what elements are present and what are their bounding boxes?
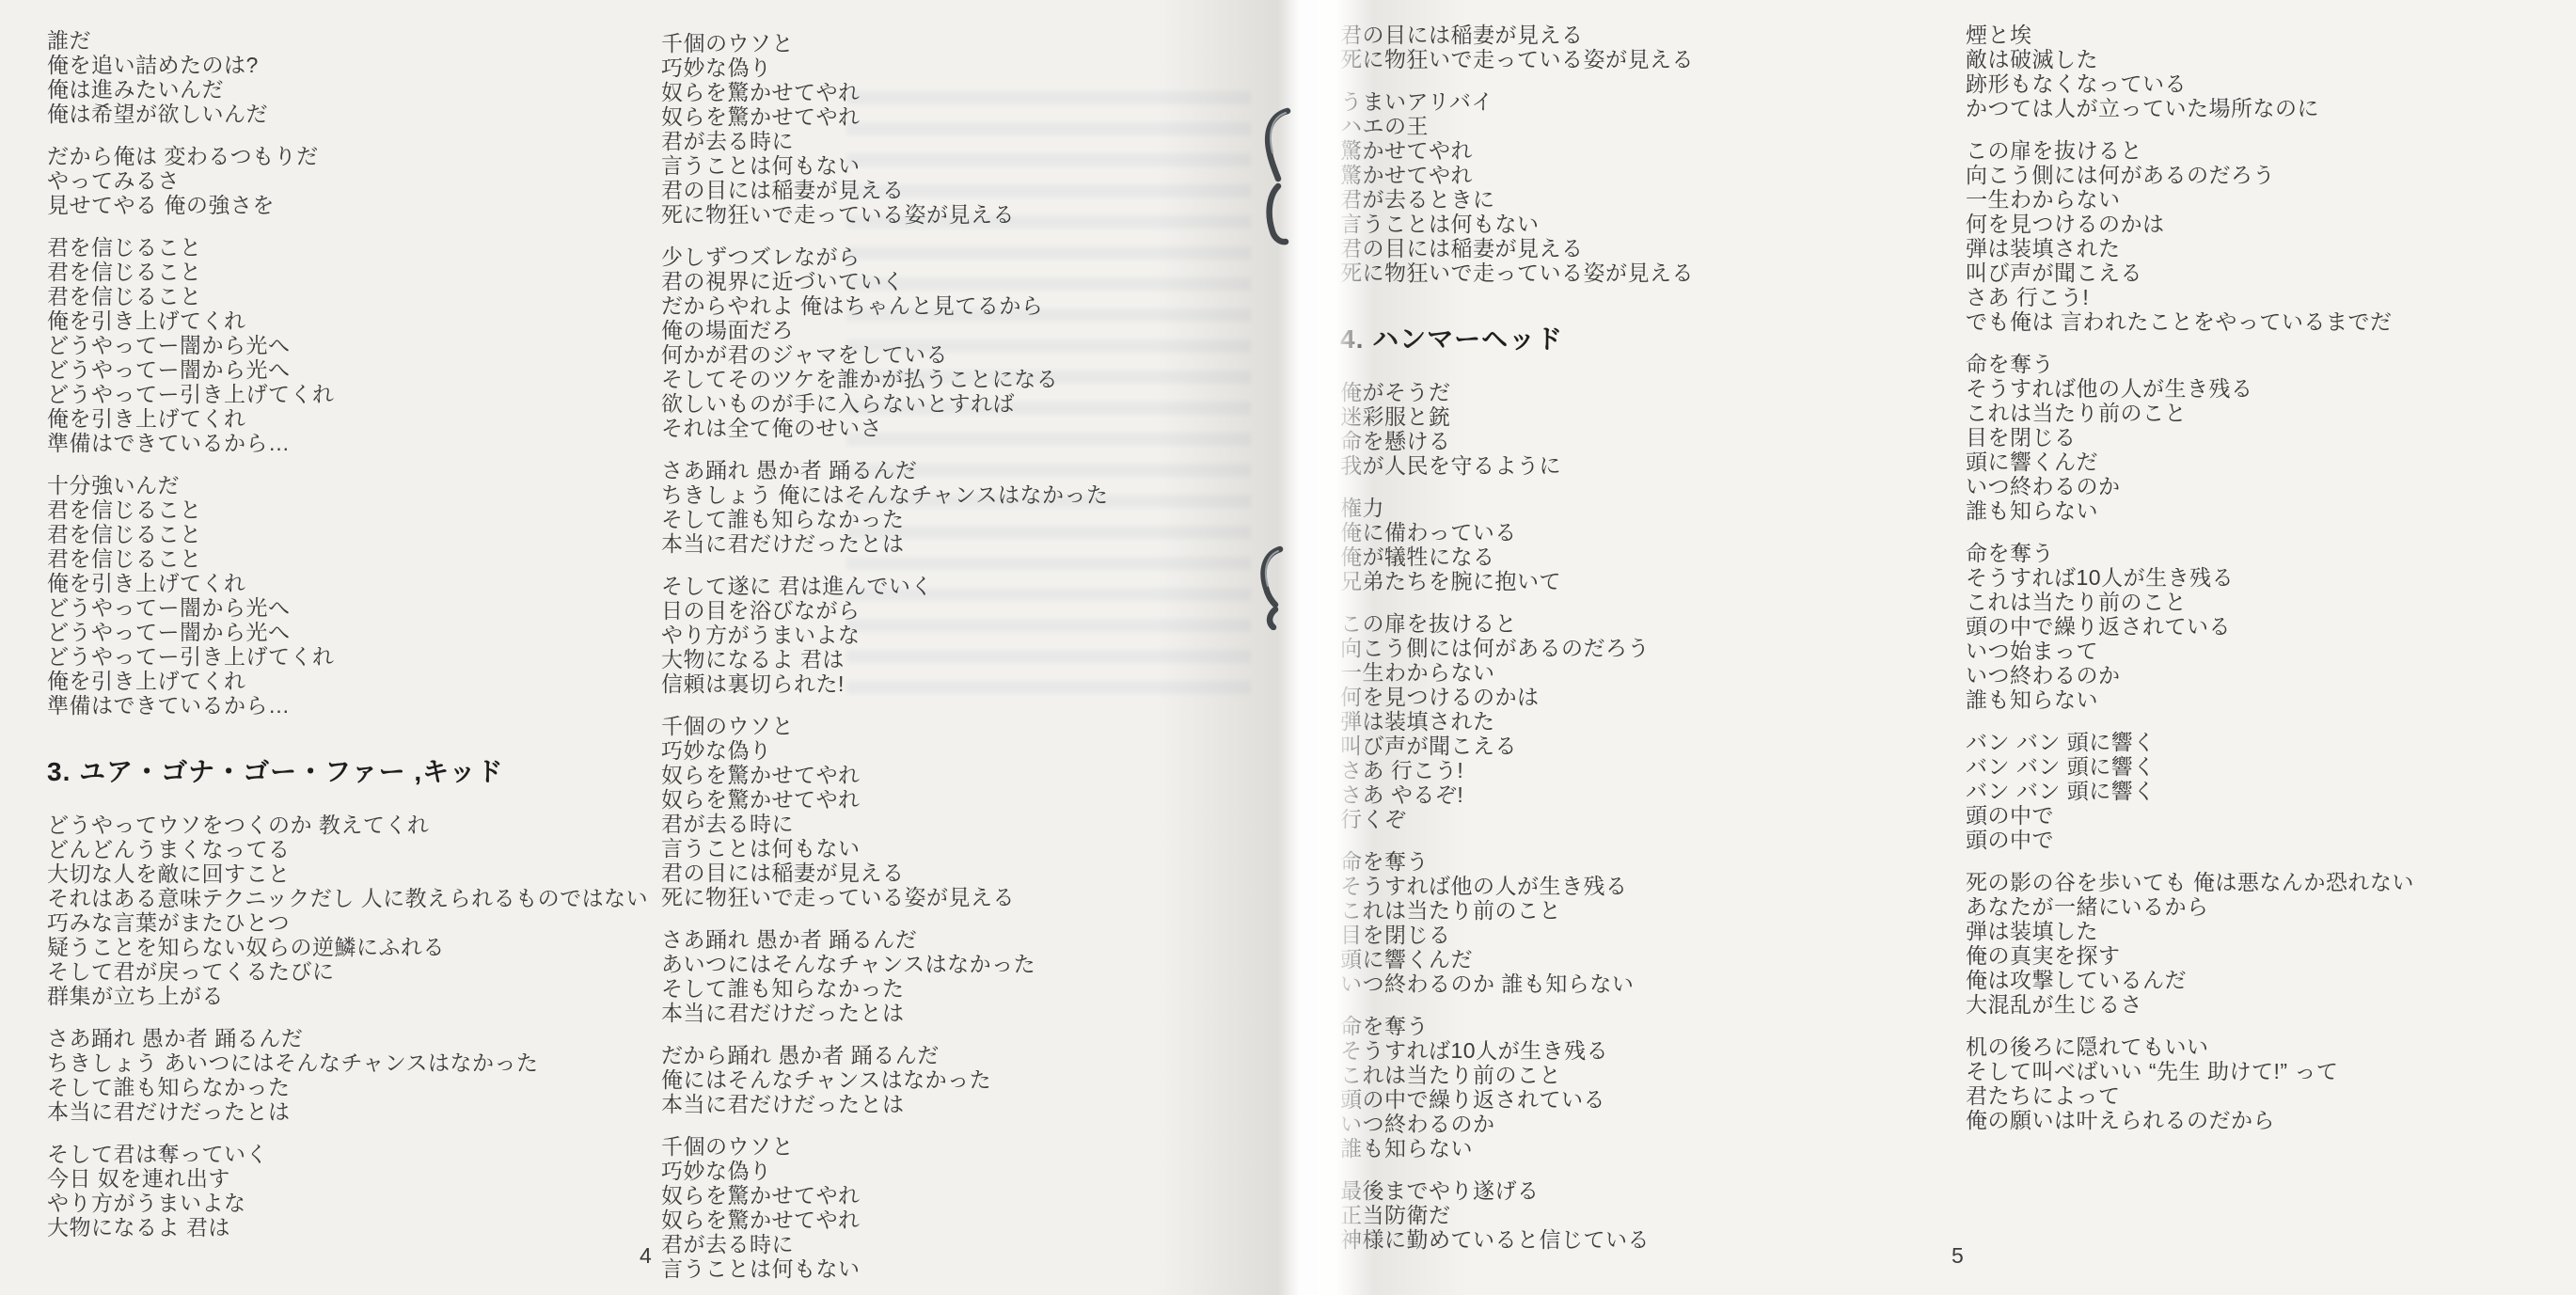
lyrics-line: 君の目には稲妻が見える: [1340, 23, 1694, 47]
lyrics-line: 命を奪う: [1966, 352, 2414, 376]
lyrics-line: 言うことは何もない: [661, 836, 1109, 861]
lyrics-line: 誰も知らない: [1966, 498, 2414, 523]
lyrics-line: 頭の中で: [1966, 828, 2414, 852]
lyrics-line: 疑うことを知らない奴らの逆鱗にふれる: [47, 935, 648, 959]
lyrics-line: 死に物狂いで走っている姿が見える: [1340, 261, 1694, 285]
lyrics-line: 頭の中で: [1966, 803, 2414, 828]
lyrics-line: 本当に君だけだったとは: [47, 1099, 648, 1124]
lyrics-line: 千個のウソと: [661, 1134, 1109, 1159]
lyrics-line: 死に物狂いで走っている姿が見える: [661, 885, 1109, 909]
lyrics-column-2: 千個のウソと巧妙な偽り奴らを驚かせてやれ奴らを驚かせてやれ君が去る時に言うことは…: [661, 31, 1109, 1295]
lyrics-line: ちきしょう あいつにはそんなチャンスはなかった: [47, 1050, 648, 1075]
lyrics-line: 命を奪う: [1966, 541, 2414, 565]
lyrics-line: 我が人民を守るように: [1340, 453, 1694, 478]
lyrics-line: あなたが一緒にいるから: [1966, 894, 2414, 919]
lyrics-line: 巧みな言葉がまたひとつ: [47, 910, 648, 935]
lyrics-line: でも俺は 言われたことをやっているまでだ: [1966, 309, 2414, 334]
staple-bottom-icon: [1251, 544, 1290, 630]
lyrics-line: 弾は装填した: [1966, 919, 2414, 943]
lyrics-column-3: 君の目には稲妻が見える死に物狂いで走っている姿が見えるうまいアリバイハエの王驚か…: [1340, 23, 1694, 1270]
lyrics-line: 命を懸ける: [1340, 429, 1694, 453]
lyrics-line: 大物になるよ 君は: [47, 1215, 648, 1240]
lyrics-line: それは全て俺のせいさ: [661, 416, 1109, 440]
lyrics-line: そして誰も知らなかった: [47, 1075, 648, 1099]
lyrics-stanza: この扉を抜けると向こう側には何があるのだろう一生わからない何を見つけるのかは弾は…: [1340, 611, 1694, 831]
lyrics-line: そして誰も知らなかった: [661, 976, 1109, 1001]
lyrics-line: それはある意味テクニックだし 人に教えられるものではない: [47, 886, 648, 910]
lyrics-line: 君を信じること: [47, 284, 648, 308]
lyrics-line: 大混乱が生じるさ: [1966, 992, 2414, 1017]
lyrics-line: そうすれば他の人が生き残る: [1340, 874, 1694, 898]
lyrics-line: 俺の真実を探す: [1966, 943, 2414, 968]
lyrics-line: 何を見つけるのかは: [1966, 212, 2414, 236]
lyrics-line: 俺の場面だろ: [661, 318, 1109, 342]
lyrics-line: 俺を引き上げてくれ: [47, 406, 648, 431]
lyrics-line: 命を奪う: [1340, 1014, 1694, 1038]
lyrics-line: 最後までやり遂げる: [1340, 1178, 1694, 1203]
lyrics-line: どんどんうまくなってる: [47, 837, 648, 861]
lyrics-line: これは当たり前のこと: [1966, 401, 2414, 425]
lyrics-line: どうやってー闇から光へ: [47, 333, 648, 357]
lyrics-line: 言うことは何もない: [1340, 212, 1694, 236]
page-number-right: 5: [1952, 1243, 1964, 1269]
lyrics-line: 準備はできているから…: [47, 431, 648, 455]
lyrics-line: 俺が犠牲になる: [1340, 545, 1694, 569]
lyrics-line: 言うことは何もない: [661, 1256, 1109, 1281]
lyrics-line: どうやってー引き上げてくれ: [47, 382, 648, 406]
lyrics-line: そうすれば10人が生き残る: [1340, 1038, 1694, 1063]
lyrics-line: そして誰も知らなかった: [661, 507, 1109, 531]
lyrics-stanza: そして君は奪っていく今日 奴を連れ出すやり方がうまいよな大物になるよ 君は: [47, 1142, 648, 1240]
song-title: 3. ユア・ゴナ・ゴー・ファー ,キッド: [47, 751, 648, 789]
lyrics-line: 机の後ろに隠れてもいい: [1966, 1034, 2414, 1059]
lyrics-line: やり方がうまいよな: [47, 1191, 648, 1215]
lyrics-line: バン バン 頭に響く: [1966, 754, 2414, 779]
lyrics-line: どうやってー引き上げてくれ: [47, 644, 648, 669]
lyrics-line: 本当に君だけだったとは: [661, 1092, 1109, 1116]
lyrics-line: 向こう側には何があるのだろう: [1966, 163, 2414, 187]
lyrics-line: そして君は奪っていく: [47, 1142, 648, 1166]
lyrics-stanza: 机の後ろに隠れてもいいそして叫べばいい “先生 助けて!” って君たちによって俺…: [1966, 1034, 2414, 1132]
lyrics-line: 俺がそうだ: [1340, 380, 1694, 404]
lyrics-line: だから踊れ 愚か者 踊るんだ: [661, 1043, 1109, 1067]
lyrics-line: 君が去る時に: [661, 129, 1109, 153]
lyrics-stanza: 権力俺に備わっている俺が犠牲になる兄弟たちを腕に抱いて: [1340, 496, 1694, 593]
lyrics-stanza: 君の目には稲妻が見える死に物狂いで走っている姿が見える: [1340, 23, 1694, 71]
lyrics-line: 驚かせてやれ: [1340, 163, 1694, 187]
lyrics-stanza: そして遂に 君は進んでいく日の目を浴びながらやり方がうまいよな大物になるよ 君は…: [661, 574, 1109, 696]
lyrics-stanza: さあ踊れ 愚か者 踊るんだちきしょう あいつにはそんなチャンスはなかったそして誰…: [47, 1026, 648, 1124]
lyrics-stanza: 命を奪うそうすれば10人が生き残るこれは当たり前のこと頭の中で繰り返されているい…: [1340, 1014, 1694, 1161]
lyrics-line: さあ踊れ 愚か者 踊るんだ: [661, 927, 1109, 952]
lyrics-line: 奴らを驚かせてやれ: [661, 763, 1109, 787]
lyrics-column-4: 煙と埃敵は破滅した跡形もなくなっているかつては人が立っていた場所なのにこの扉を抜…: [1966, 23, 2414, 1150]
lyrics-line: 本当に君だけだったとは: [661, 531, 1109, 556]
lyrics-line: 向こう側には何があるのだろう: [1340, 636, 1694, 660]
lyrics-line: 俺を引き上げてくれ: [47, 669, 648, 693]
lyrics-line: 言うことは何もない: [661, 153, 1109, 178]
lyrics-line: 誰も知らない: [1340, 1136, 1694, 1161]
lyrics-line: これは当たり前のこと: [1966, 590, 2414, 614]
lyrics-line: 俺は進みたいんだ: [47, 77, 648, 102]
lyrics-line: 神様に勤めていると信じている: [1340, 1227, 1694, 1252]
lyrics-line: そして遂に 君は進んでいく: [661, 574, 1109, 598]
lyrics-stanza: さあ踊れ 愚か者 踊るんだあいつにはそんなチャンスはなかったそして誰も知らなかっ…: [661, 927, 1109, 1025]
lyrics-line: 俺に備わっている: [1340, 520, 1694, 545]
lyrics-line: 奴らを驚かせてやれ: [661, 1208, 1109, 1232]
lyrics-line: どうやってー闇から光へ: [47, 620, 648, 644]
lyrics-stanza: 十分強いんだ君を信じること君を信じること君を信じること俺を引き上げてくれどうやっ…: [47, 473, 648, 718]
lyrics-line: さあ踊れ 愚か者 踊るんだ: [661, 458, 1109, 482]
lyrics-line: 少しずつズレながら: [661, 245, 1109, 269]
lyrics-line: 十分強いんだ: [47, 473, 648, 497]
lyrics-line: 敵は破滅した: [1966, 47, 2414, 71]
lyrics-line: バン バン 頭に響く: [1966, 779, 2414, 803]
lyrics-line: ハエの王: [1340, 114, 1694, 138]
lyrics-stanza: 俺がそうだ迷彩服と銃命を懸ける我が人民を守るように: [1340, 380, 1694, 478]
lyrics-line: 千個のウソと: [661, 714, 1109, 738]
lyrics-line: 君の目には稲妻が見える: [1340, 236, 1694, 261]
lyrics-stanza: 少しずつズレながら君の視界に近づいていくだからやれよ 俺はちゃんと見てるから俺の…: [661, 245, 1109, 440]
lyrics-line: うまいアリバイ: [1340, 89, 1694, 114]
lyrics-stanza: だから踊れ 愚か者 踊るんだ俺にはそんなチャンスはなかった本当に君だけだったとは: [661, 1043, 1109, 1116]
lyrics-line: 本当に君だけだったとは: [661, 1001, 1109, 1025]
lyrics-line: 頭に響くんだ: [1340, 947, 1694, 971]
lyrics-line: そしてそのツケを誰かが払うことになる: [661, 367, 1109, 391]
lyrics-line: かつては人が立っていた場所なのに: [1966, 96, 2414, 120]
lyrics-stanza: 命を奪うそうすれば10人が生き残るこれは当たり前のこと頭の中で繰り返されているい…: [1966, 541, 2414, 712]
lyrics-line: 一生わからない: [1340, 660, 1694, 685]
lyrics-line: 正当防衛だ: [1340, 1203, 1694, 1227]
song-title: 4. ハンマーヘッド: [1340, 319, 1694, 356]
lyrics-stanza: さあ踊れ 愚か者 踊るんだちきしょう 俺にはそんなチャンスはなかったそして誰も知…: [661, 458, 1109, 556]
lyrics-line: 群集が立ち上がる: [47, 984, 648, 1008]
page-4: 誰だ俺を追い詰めたのは?俺は進みたいんだ俺は希望が欲しいんだだから俺は 変わるつ…: [0, 0, 1284, 1295]
lyrics-line: 日の目を浴びながら: [661, 598, 1109, 623]
lyrics-line: 頭の中で繰り返されている: [1966, 614, 2414, 639]
lyrics-line: いつ始まって: [1966, 639, 2414, 663]
lyrics-line: 君が去る時に: [661, 812, 1109, 836]
lyrics-line: そうすれば10人が生き残る: [1966, 565, 2414, 590]
lyrics-line: 君たちによって: [1966, 1083, 2414, 1108]
lyrics-line: 君を信じること: [47, 546, 648, 571]
lyrics-stanza: 命を奪うそうすれば他の人が生き残るこれは当たり前のこと目を閉じる頭に響くんだいつ…: [1340, 849, 1694, 996]
lyrics-line: 目を閉じる: [1340, 923, 1694, 947]
lyrics-line: 煙と埃: [1966, 23, 2414, 47]
lyrics-line: やり方がうまいよな: [661, 623, 1109, 647]
lyrics-column-1: 誰だ俺を追い詰めたのは?俺は進みたいんだ俺は希望が欲しいんだだから俺は 変わるつ…: [47, 28, 648, 1257]
lyrics-line: 俺の願いは叶えられるのだから: [1966, 1108, 2414, 1132]
lyrics-line: だから俺は 変わるつもりだ: [47, 144, 648, 168]
lyrics-line: 君を信じること: [47, 522, 648, 546]
lyrics-line: 君が去る時に: [661, 1232, 1109, 1256]
lyrics-line: 大物になるよ 君は: [661, 647, 1109, 671]
page-number-left: 4: [640, 1243, 652, 1269]
lyrics-stanza: どうやってウソをつくのか 教えてくれどんどんうまくなってる大切な人を敵に回すこと…: [47, 813, 648, 1008]
lyrics-line: さあ 行こう!: [1340, 758, 1694, 782]
lyrics-line: やってみるさ: [47, 168, 648, 193]
lyrics-line: バン バン 頭に響く: [1966, 730, 2414, 754]
lyrics-line: どうやってー闇から光へ: [47, 357, 648, 382]
lyrics-line: これは当たり前のこと: [1340, 1063, 1694, 1087]
lyrics-line: 俺を追い詰めたのは?: [47, 53, 648, 77]
booklet-spread: 誰だ俺を追い詰めたのは?俺は進みたいんだ俺は希望が欲しいんだだから俺は 変わるつ…: [0, 0, 2576, 1295]
lyrics-line: 兄弟たちを腕に抱いて: [1340, 569, 1694, 593]
lyrics-stanza: 死の影の谷を歩いても 俺は悪なんか恐れないあなたが一緒にいるから弾は装填した俺の…: [1966, 870, 2414, 1017]
lyrics-line: 何かが君のジャマをしている: [661, 342, 1109, 367]
lyrics-stanza: バン バン 頭に響くバン バン 頭に響くバン バン 頭に響く頭の中で頭の中で: [1966, 730, 2414, 852]
lyrics-line: 巧妙な偽り: [661, 1159, 1109, 1183]
lyrics-line: 死に物狂いで走っている姿が見える: [661, 202, 1109, 227]
lyrics-stanza: 煙と埃敵は破滅した跡形もなくなっているかつては人が立っていた場所なのに: [1966, 23, 2414, 120]
lyrics-line: 跡形もなくなっている: [1966, 71, 2414, 96]
lyrics-line: 俺は攻撃しているんだ: [1966, 968, 2414, 992]
lyrics-line: 俺を引き上げてくれ: [47, 571, 648, 595]
lyrics-line: だからやれよ 俺はちゃんと見てるから: [661, 293, 1109, 318]
lyrics-stanza: 命を奪うそうすれば他の人が生き残るこれは当たり前のこと目を閉じる頭に響くんだいつ…: [1966, 352, 2414, 523]
lyrics-line: 君の視界に近づいていく: [661, 269, 1109, 293]
lyrics-line: 誰だ: [47, 28, 648, 53]
lyrics-line: 誰も知らない: [1966, 687, 2414, 712]
lyrics-line: 君が去るときに: [1340, 187, 1694, 212]
lyrics-line: 頭の中で繰り返されている: [1340, 1087, 1694, 1112]
lyrics-line: 巧妙な偽り: [661, 738, 1109, 763]
lyrics-line: 行くぞ: [1340, 807, 1694, 831]
lyrics-line: いつ終わるのか: [1966, 663, 2414, 687]
lyrics-line: 俺にはそんなチャンスはなかった: [661, 1067, 1109, 1092]
lyrics-stanza: 最後までやり遂げる正当防衛だ神様に勤めていると信じている: [1340, 1178, 1694, 1252]
lyrics-line: 君を信じること: [47, 497, 648, 522]
lyrics-line: さあ やるぞ!: [1340, 782, 1694, 807]
lyrics-line: 驚かせてやれ: [1340, 138, 1694, 163]
lyrics-stanza: 千個のウソと巧妙な偽り奴らを驚かせてやれ奴らを驚かせてやれ君が去る時に言うことは…: [661, 714, 1109, 909]
lyrics-line: 信頼は裏切られた!: [661, 671, 1109, 696]
lyrics-line: 命を奪う: [1340, 849, 1694, 874]
staple-top-icon: [1256, 103, 1296, 246]
lyrics-line: 巧妙な偽り: [661, 55, 1109, 80]
lyrics-line: 一生わからない: [1966, 187, 2414, 212]
lyrics-line: 君を信じること: [47, 235, 648, 260]
lyrics-line: 千個のウソと: [661, 31, 1109, 55]
page-5: 君の目には稲妻が見える死に物狂いで走っている姿が見えるうまいアリバイハエの王驚か…: [1293, 0, 2576, 1295]
lyrics-line: 欲しいものが手に入らないとすれば: [661, 391, 1109, 416]
lyrics-line: 今日 奴を連れ出す: [47, 1166, 648, 1191]
lyrics-line: そうすれば他の人が生き残る: [1966, 376, 2414, 401]
lyrics-line: 弾は装填された: [1340, 709, 1694, 734]
lyrics-line: 迷彩服と銃: [1340, 404, 1694, 429]
lyrics-line: 弾は装填された: [1966, 236, 2414, 261]
lyrics-stanza: この扉を抜けると向こう側には何があるのだろう一生わからない何を見つけるのかは弾は…: [1966, 138, 2414, 334]
lyrics-line: 大切な人を敵に回すこと: [47, 861, 648, 886]
lyrics-line: 見せてやる 俺の強さを: [47, 193, 648, 217]
lyrics-line: 準備はできているから…: [47, 693, 648, 718]
lyrics-line: 俺を引き上げてくれ: [47, 308, 648, 333]
lyrics-line: いつ終わるのか: [1340, 1112, 1694, 1136]
lyrics-stanza: うまいアリバイハエの王驚かせてやれ驚かせてやれ君が去るときに言うことは何もない君…: [1340, 89, 1694, 285]
lyrics-line: 権力: [1340, 496, 1694, 520]
lyrics-line: さあ踊れ 愚か者 踊るんだ: [47, 1026, 648, 1050]
lyrics-line: 目を閉じる: [1966, 425, 2414, 450]
lyrics-stanza: 君を信じること君を信じること君を信じること俺を引き上げてくれどうやってー闇から光…: [47, 235, 648, 455]
lyrics-line: この扉を抜けると: [1966, 138, 2414, 163]
lyrics-line: さあ 行こう!: [1966, 285, 2414, 309]
lyrics-line: 何を見つけるのかは: [1340, 685, 1694, 709]
lyrics-line: 叫び声が聞こえる: [1966, 261, 2414, 285]
lyrics-line: どうやってウソをつくのか 教えてくれ: [47, 813, 648, 837]
lyrics-stanza: 誰だ俺を追い詰めたのは?俺は進みたいんだ俺は希望が欲しいんだ: [47, 28, 648, 126]
lyrics-line: 君の目には稲妻が見える: [661, 861, 1109, 885]
lyrics-line: いつ終わるのか 誰も知らない: [1340, 971, 1694, 996]
lyrics-line: 死の影の谷を歩いても 俺は悪なんか恐れない: [1966, 870, 2414, 894]
lyrics-line: 奴らを驚かせてやれ: [661, 1183, 1109, 1208]
lyrics-line: 頭に響くんだ: [1966, 450, 2414, 474]
lyrics-line: 奴らを驚かせてやれ: [661, 80, 1109, 104]
lyrics-stanza: だから俺は 変わるつもりだやってみるさ見せてやる 俺の強さを: [47, 144, 648, 217]
lyrics-line: どうやってー闇から光へ: [47, 595, 648, 620]
lyrics-line: この扉を抜けると: [1340, 611, 1694, 636]
lyrics-line: あいつにはそんなチャンスはなかった: [661, 952, 1109, 976]
lyrics-line: 俺は希望が欲しいんだ: [47, 102, 648, 126]
lyrics-stanza: 千個のウソと巧妙な偽り奴らを驚かせてやれ奴らを驚かせてやれ君が去る時に言うことは…: [661, 1134, 1109, 1281]
lyrics-line: ちきしょう 俺にはそんなチャンスはなかった: [661, 482, 1109, 507]
lyrics-line: 君を信じること: [47, 260, 648, 284]
lyrics-line: 奴らを驚かせてやれ: [661, 787, 1109, 812]
lyrics-line: 君の目には稲妻が見える: [661, 178, 1109, 202]
lyrics-line: そして叫べばいい “先生 助けて!” って: [1966, 1059, 2414, 1083]
lyrics-line: 叫び声が聞こえる: [1340, 734, 1694, 758]
lyrics-line: 死に物狂いで走っている姿が見える: [1340, 47, 1694, 71]
lyrics-stanza: 千個のウソと巧妙な偽り奴らを驚かせてやれ奴らを驚かせてやれ君が去る時に言うことは…: [661, 31, 1109, 227]
lyrics-line: これは当たり前のこと: [1340, 898, 1694, 923]
lyrics-line: 奴らを驚かせてやれ: [661, 104, 1109, 129]
lyrics-line: そして君が戻ってくるたびに: [47, 959, 648, 984]
lyrics-line: いつ終わるのか: [1966, 474, 2414, 498]
